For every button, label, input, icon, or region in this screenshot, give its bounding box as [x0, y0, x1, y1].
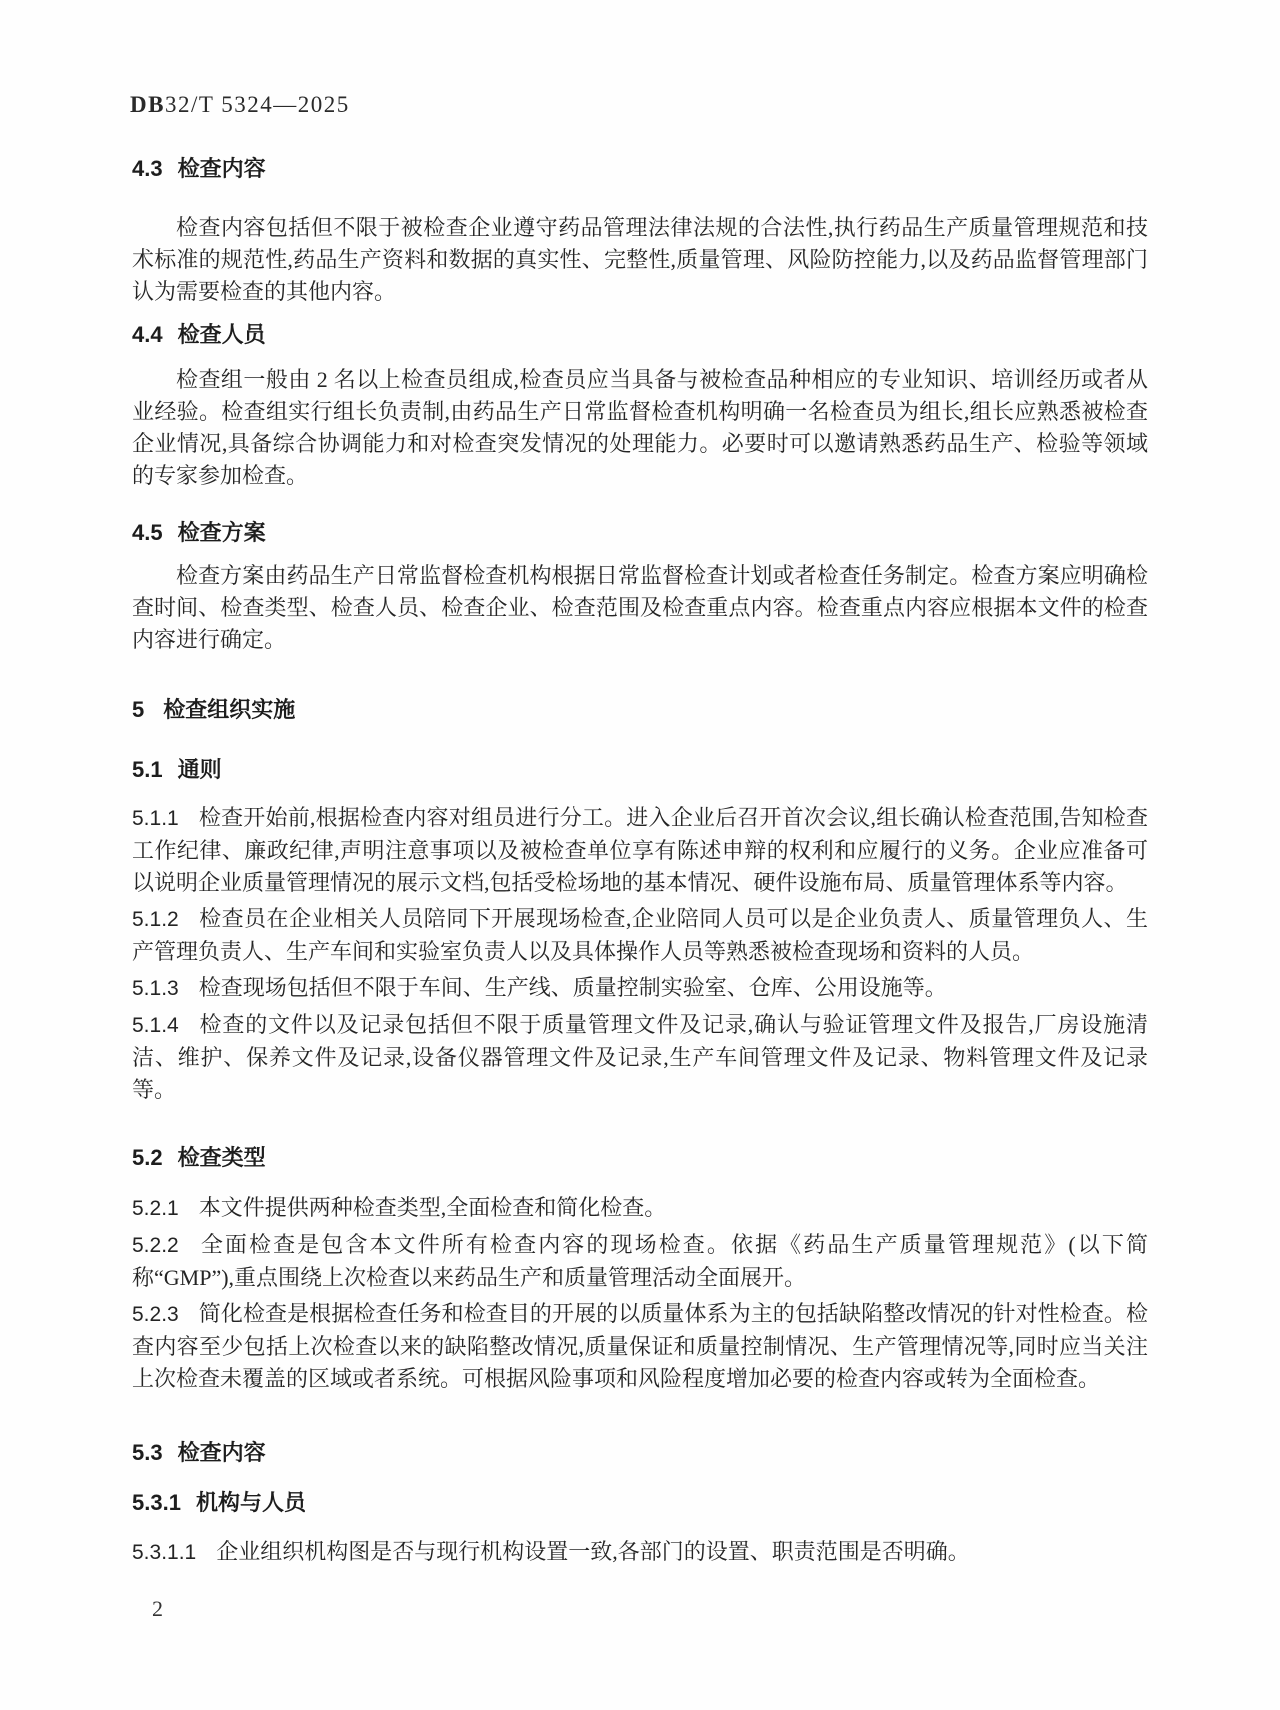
- chapter-heading-5: 5检查组织实施: [132, 697, 1148, 723]
- document-page: DB32/T 5324—2025 4.3检查内容 检查内容包括但不限于被检查企业…: [0, 0, 1280, 1710]
- clause-text: 检查开始前,根据检查内容对组员进行分工。进入企业后召开首次会议,组长确认检查范围…: [132, 805, 1148, 895]
- section-number: 5.3.1: [132, 1490, 181, 1516]
- clause-5-3-1-1: 5.3.1.1企业组织机构图是否与现行机构设置一致,各部门的设置、职责范围是否明…: [132, 1536, 1148, 1569]
- paragraph-4-3: 检查内容包括但不限于被检查企业遵守药品管理法律法规的合法性,执行药品生产质量管理…: [132, 212, 1148, 308]
- clause-text: 检查员在企业相关人员陪同下开展现场检查,企业陪同人员可以是企业负责人、质量管理负…: [132, 906, 1148, 964]
- clause-group-5-1: 5.1.1检查开始前,根据检查内容对组员进行分工。进入企业后召开首次会议,组长确…: [132, 802, 1148, 1106]
- clause-text: 简化检查是根据检查任务和检查目的开展的以质量体系为主的包括缺陷整改情况的针对性检…: [132, 1301, 1148, 1391]
- clause-number: 5.1.3: [132, 977, 179, 1000]
- section-number: 5.2: [132, 1145, 163, 1171]
- standard-code-prefix: DB: [130, 92, 165, 117]
- clause-text: 本文件提供两种检查类型,全面检查和简化检查。: [199, 1195, 667, 1220]
- clause-number: 5.2.2: [132, 1234, 179, 1257]
- paragraph-4-4: 检查组一般由 2 名以上检查员组成,检查员应当具备与被检查品种相应的专业知识、培…: [132, 364, 1148, 492]
- clause-text: 检查现场包括但不限于车间、生产线、质量控制实验室、仓库、公用设施等。: [199, 975, 947, 1000]
- clause-text: 全面检查是包含本文件所有检查内容的现场检查。依据《药品生产质量管理规范》(以下简…: [132, 1232, 1148, 1290]
- clause-5-1-1: 5.1.1检查开始前,根据检查内容对组员进行分工。进入企业后召开首次会议,组长确…: [132, 802, 1148, 899]
- section-number: 5: [132, 697, 144, 723]
- section-number: 4.5: [132, 520, 163, 546]
- section-number: 5.3: [132, 1440, 163, 1466]
- section-title: 通则: [178, 757, 222, 782]
- section-heading-5-2: 5.2检查类型: [132, 1145, 1148, 1171]
- section-heading-4-5: 4.5检查方案: [132, 520, 1148, 546]
- clause-5-2-1: 5.2.1本文件提供两种检查类型,全面检查和简化检查。: [132, 1192, 1148, 1225]
- standard-code: DB32/T 5324—2025: [130, 90, 350, 120]
- section-title: 检查组织实施: [163, 697, 295, 722]
- clause-5-1-4: 5.1.4检查的文件以及记录包括但不限于质量管理文件及记录,确认与验证管理文件及…: [132, 1009, 1148, 1106]
- clause-5-2-3: 5.2.3简化检查是根据检查任务和检查目的开展的以质量体系为主的包括缺陷整改情况…: [132, 1298, 1148, 1395]
- clause-group-5-3-1: 5.3.1.1企业组织机构图是否与现行机构设置一致,各部门的设置、职责范围是否明…: [132, 1536, 1148, 1569]
- section-heading-4-3: 4.3检查内容: [132, 156, 1148, 182]
- section-heading-4-4: 4.4检查人员: [132, 322, 1148, 348]
- section-number: 4.4: [132, 322, 163, 348]
- section-title: 检查方案: [178, 520, 266, 545]
- section-title: 检查内容: [178, 1440, 266, 1465]
- section-title: 检查类型: [178, 1145, 266, 1170]
- standard-code-number: 32/T 5324—2025: [165, 92, 350, 117]
- clause-number: 5.1.2: [132, 908, 179, 931]
- section-heading-5-3: 5.3检查内容: [132, 1440, 1148, 1466]
- paragraph-4-5: 检查方案由药品生产日常监督检查机构根据日常监督检查计划或者检查任务制定。检查方案…: [132, 560, 1148, 656]
- clause-5-1-2: 5.1.2检查员在企业相关人员陪同下开展现场检查,企业陪同人员可以是企业负责人、…: [132, 903, 1148, 968]
- clause-number: 5.1.4: [132, 1014, 179, 1037]
- clause-5-1-3: 5.1.3检查现场包括但不限于车间、生产线、质量控制实验室、仓库、公用设施等。: [132, 972, 1148, 1005]
- section-title: 检查人员: [178, 322, 266, 347]
- section-number: 5.1: [132, 757, 163, 783]
- clause-text: 检查的文件以及记录包括但不限于质量管理文件及记录,确认与验证管理文件及报告,厂房…: [132, 1012, 1148, 1102]
- page-number: 2: [152, 1596, 163, 1622]
- clause-number: 5.1.1: [132, 807, 179, 830]
- clause-5-2-2: 5.2.2全面检查是包含本文件所有检查内容的现场检查。依据《药品生产质量管理规范…: [132, 1229, 1148, 1294]
- section-number: 4.3: [132, 156, 163, 182]
- clause-number: 5.2.1: [132, 1197, 179, 1220]
- clause-text: 企业组织机构图是否与现行机构设置一致,各部门的设置、职责范围是否明确。: [216, 1539, 970, 1564]
- clause-number: 5.2.3: [132, 1303, 179, 1326]
- clause-group-5-2: 5.2.1本文件提供两种检查类型,全面检查和简化检查。 5.2.2全面检查是包含…: [132, 1192, 1148, 1395]
- section-title: 检查内容: [178, 156, 266, 181]
- section-title: 机构与人员: [196, 1490, 306, 1515]
- section-heading-5-1: 5.1通则: [132, 757, 1148, 783]
- clause-number: 5.3.1.1: [132, 1541, 196, 1564]
- section-heading-5-3-1: 5.3.1机构与人员: [132, 1490, 1148, 1516]
